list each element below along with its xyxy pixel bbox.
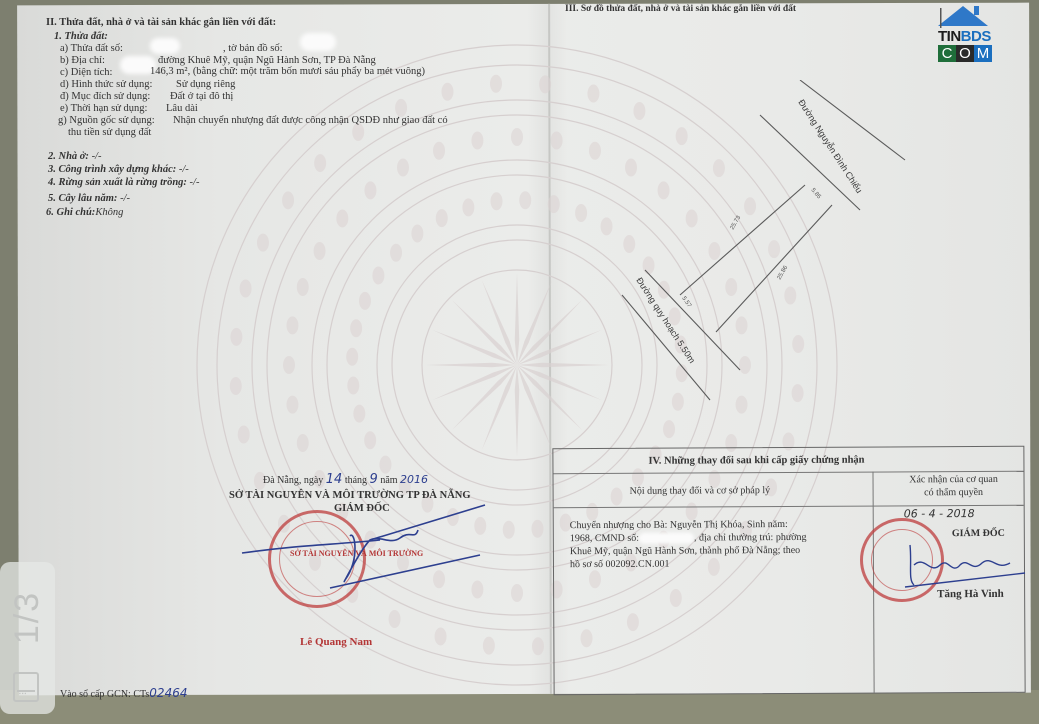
usage-purpose-label: đ) Mục đích sử dụng: (60, 91, 150, 103)
item3-other-construction: 3. Công trình xây dựng khác: -/- (48, 164, 189, 176)
parcel-diagram: Đường Nguyễn Đình Chiểu Đường quy hoạch … (600, 80, 930, 410)
dim-right: 25.86 (777, 264, 790, 281)
section-ii-title: II. Thửa đất, nhà ở và tài sản khác gắn … (46, 17, 276, 29)
confirmation-column-header: Xác nhận của cơ quan có thẩm quyền (893, 473, 1013, 500)
house-roof-icon (936, 4, 990, 28)
redacted-id-number (639, 533, 694, 544)
usage-purpose-value: Đất ở tại đô thị (170, 91, 233, 103)
area-label: c) Diện tích: (60, 67, 112, 79)
gallery-overlay: 1/3 (0, 562, 55, 714)
item4-production-forest: 4. Rừng sản xuất là rừng trồng: -/- (48, 177, 199, 189)
page-counter: 1/3 (3, 572, 53, 662)
usage-term-label: e) Thời hạn sử dụng: (60, 103, 147, 115)
usage-term-value: Lâu dài (166, 103, 198, 115)
change-content: Chuyển nhượng cho Bà: Nguyễn Thị Khóa, S… (570, 518, 870, 572)
parcel-number-label: a) Thửa đất số: (60, 43, 123, 55)
director-signature (240, 500, 500, 600)
dim-top: 5.85 (809, 187, 822, 200)
section-iii-title: III. Sơ đồ thửa đất, nhà ở và tài sản kh… (565, 3, 796, 15)
place-date-line: Đà Nẵng, ngày 14 tháng 9 năm 2016 (263, 474, 428, 487)
origin-value-line2: thu tiền sử dụng đất (68, 127, 151, 139)
item2-house: 2. Nhà ở: -/- (48, 151, 101, 163)
signer-name: Lê Quang Nam (300, 636, 372, 648)
changes-column-header: Nội dung thay đổi và cơ sở pháp lý (630, 484, 771, 498)
item6-notes: 6. Ghi chú:Không (46, 207, 123, 219)
item5-perennial-trees: 5. Cây lâu năm: -/- (48, 193, 130, 205)
gallery-grid-icon[interactable] (13, 672, 39, 702)
origin-label: g) Nguồn gốc sử dụng: (58, 115, 155, 127)
usage-form-value: Sử dụng riêng (176, 79, 235, 91)
map-sheet-label: , tờ bản đồ số: (223, 43, 283, 55)
tinbds-watermark-logo: TINBDS C O M (932, 4, 994, 64)
dim-left: 25.73 (730, 214, 743, 231)
section-iv-title: IV. Những thay đổi sau khi cấp giấy chứn… (648, 454, 864, 468)
confirmation-date: 06 - 4 - 2018 (904, 507, 975, 520)
confirmation-signature (900, 535, 1030, 595)
redacted-parcel-number (150, 38, 180, 54)
item1-title: 1. Thửa đất: (54, 31, 108, 43)
address-label: b) Địa chỉ: (60, 55, 105, 67)
origin-value-line1: Nhận chuyển nhượng đất được công nhận QS… (173, 115, 448, 127)
area-value: 146,3 m², (bằng chữ: một trăm bốn mươi s… (150, 66, 425, 78)
redacted-map-sheet (300, 33, 336, 51)
dim-bottom: 5.57 (680, 296, 692, 310)
usage-form-label: d) Hình thức sử dụng: (60, 79, 152, 91)
gcn-registry-line: Vào sổ cấp GCN: CTs02464 (60, 687, 187, 701)
road-top-label: Đường Nguyễn Đình Chiểu (796, 98, 864, 195)
